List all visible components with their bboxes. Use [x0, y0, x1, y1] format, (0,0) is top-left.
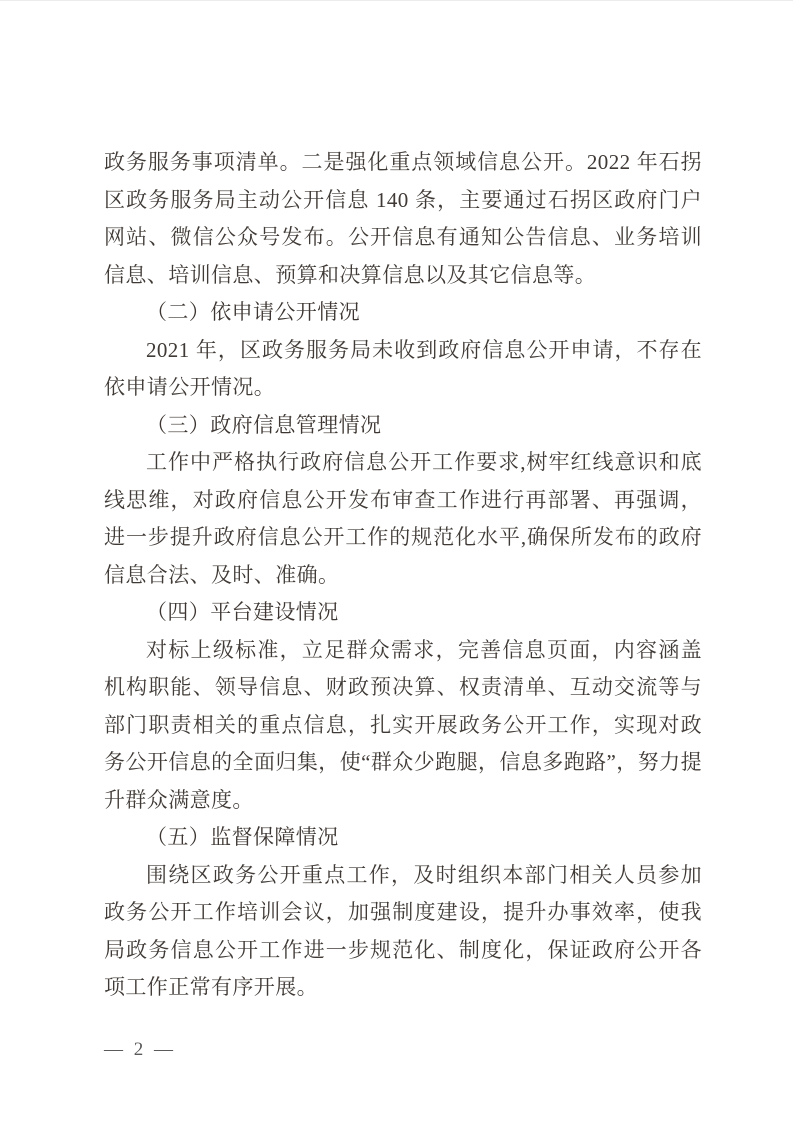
section-heading-5: （五）监督保障情况 [104, 819, 702, 857]
paragraph-continuation: 政务服务事项清单。二是强化重点领域信息公开。2022 年石拐区政务服务局主动公开… [104, 144, 702, 294]
paragraph-section-2: 2021 年，区政务服务局未收到政府信息公开申请，不存在依申请公开情况。 [104, 332, 702, 407]
section-heading-2: （二）依申请公开情况 [104, 294, 702, 332]
section-heading-3: （三）政府信息管理情况 [104, 407, 702, 445]
paragraph-section-5: 围绕区政务公开重点工作，及时组织本部门相关人员参加政务公开工作培训会议，加强制度… [104, 857, 702, 1007]
document-body: 政务服务事项清单。二是强化重点领域信息公开。2022 年石拐区政务服务局主动公开… [104, 144, 702, 1007]
document-page: 政务服务事项清单。二是强化重点领域信息公开。2022 年石拐区政务服务局主动公开… [0, 1, 793, 1123]
page-number: — 2 — [104, 1038, 176, 1062]
paragraph-section-3: 工作中严格执行政府信息公开工作要求,树牢红线意识和底线思维，对政府信息公开发布审… [104, 444, 702, 594]
paragraph-section-4: 对标上级标准，立足群众需求，完善信息页面，内容涵盖机构职能、领导信息、财政预决算… [104, 632, 702, 820]
section-heading-4: （四）平台建设情况 [104, 594, 702, 632]
